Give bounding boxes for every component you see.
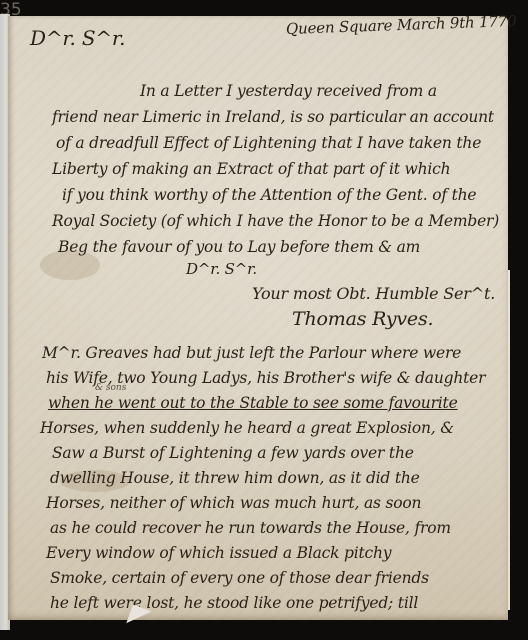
closing-address: D^r. S^r. — [186, 260, 257, 278]
letter-line: friend near Limeric in Ireland, is so pa… — [52, 108, 494, 126]
extract-line: dwelling House, it threw him down, as it… — [50, 469, 420, 487]
extract-line: when he went out to the Stable to see so… — [48, 394, 458, 412]
extract-line: Every window of which issued a Black pit… — [46, 544, 391, 562]
extract-line: Smoke, certain of every one of those dea… — [50, 569, 429, 587]
page-right-edge — [508, 270, 510, 610]
letter-line: Beg the favour of you to Lay before them… — [58, 238, 420, 256]
letter-line: In a Letter I yesterday received from a — [140, 82, 437, 100]
extract-line: Horses, neither of which was much hurt, … — [46, 494, 421, 512]
letter-line: Liberty of making an Extract of that par… — [52, 160, 450, 178]
extract-line: Saw a Burst of Lightening a few yards ov… — [52, 444, 414, 462]
letter-line: Royal Society (of which I have the Honor… — [52, 212, 499, 230]
extract-line: M^r. Greaves had but just left the Parlo… — [42, 344, 461, 362]
signature: Thomas Ryves. — [292, 308, 433, 330]
salutation: D^r. S^r. — [30, 26, 125, 50]
interlinear-note: & sons — [95, 383, 126, 393]
extract-line: as he could recover he run towards the H… — [50, 519, 451, 537]
letter-line: of a dreadfull Effect of Lightening that… — [56, 134, 481, 152]
letter-line: if you think worthy of the Attention of … — [62, 186, 476, 204]
extract-line: Horses, when suddenly he heard a great E… — [40, 419, 454, 437]
extract-line: he left were lost, he stood like one pet… — [50, 594, 418, 612]
closing: Your most Obt. Humble Ser^t. — [252, 284, 495, 303]
